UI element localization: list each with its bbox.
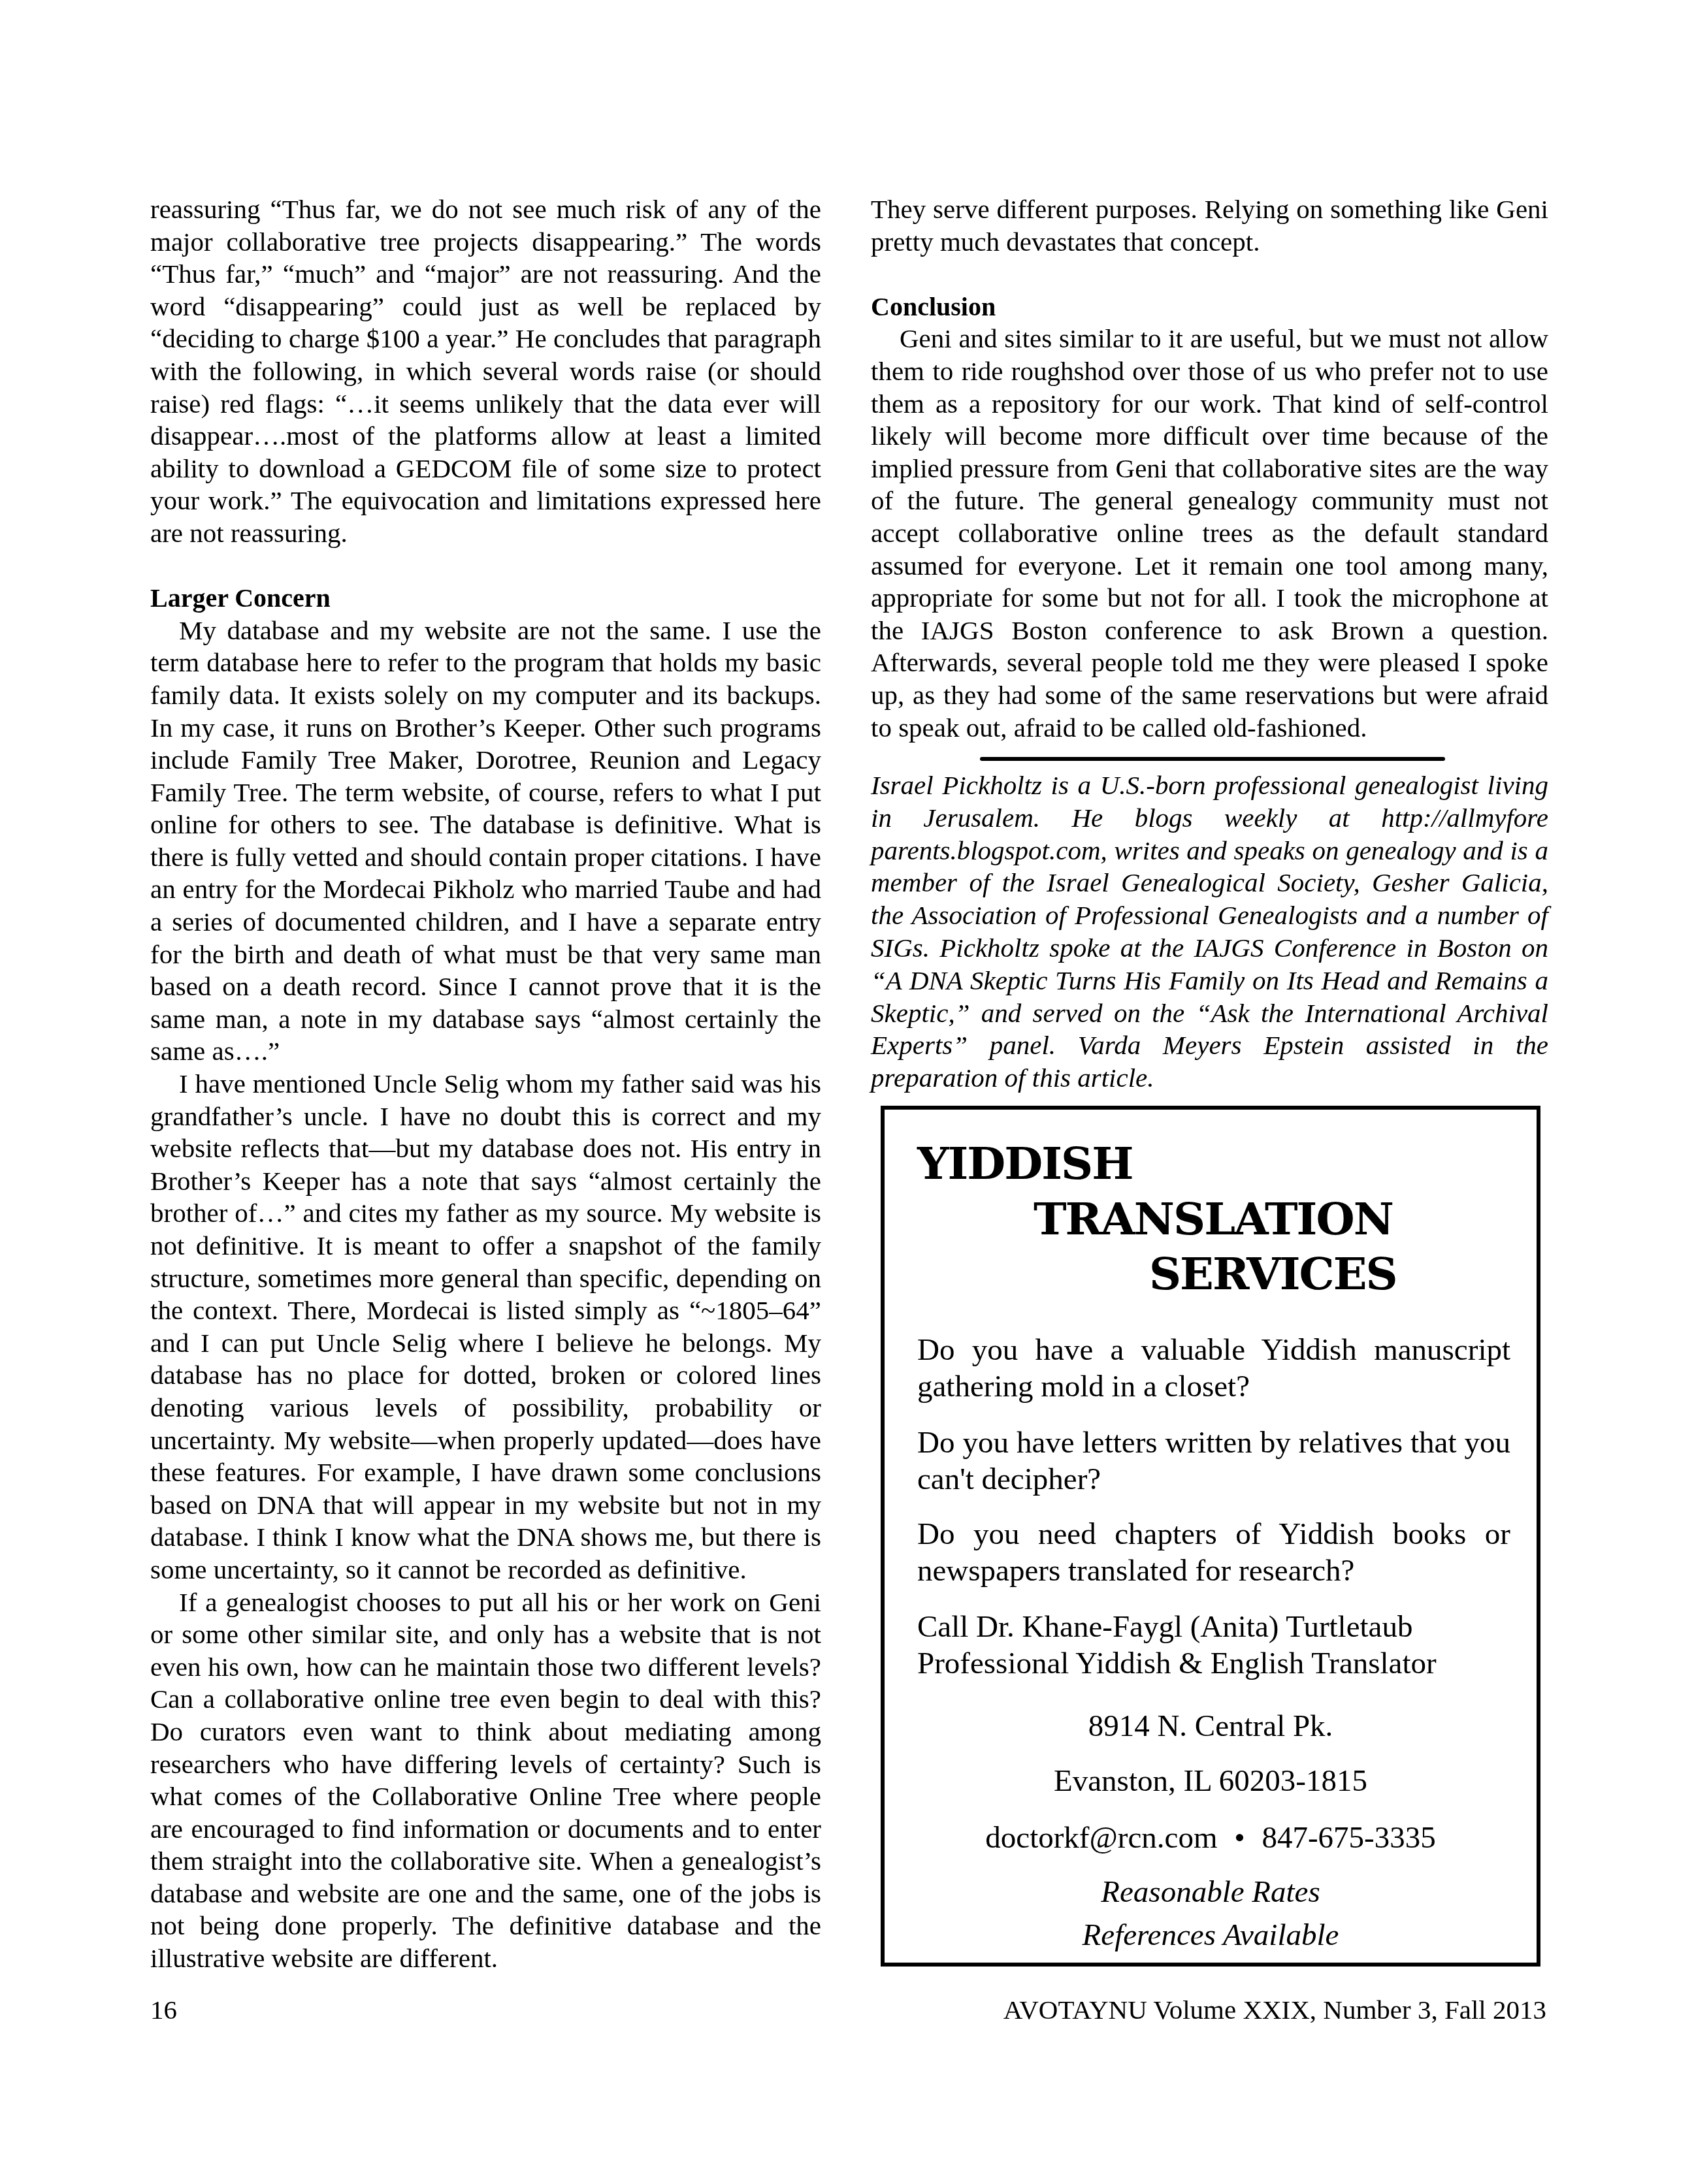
left-column: reassuring “Thus far, we do not see much… [150,193,821,1975]
bullet-separator-icon: • [1234,1820,1245,1856]
section-heading-conclusion: Conclusion [871,291,1548,323]
ad-title-line-3: SERVICES [1149,1248,1397,1300]
paragraph-gap [871,258,1548,291]
body-paragraph: My database and my website are not the s… [150,615,821,1068]
page-number: 16 [150,1993,177,2026]
running-footer: AVOTAYNU Volume XXIX, Number 3, Fall 201… [1003,1993,1546,2026]
ad-call-line-2: Professional Yiddish & English Translato… [917,1645,1510,1682]
author-bio-text: Israel Pickholtz is a U.S.-born professi… [871,769,1548,1095]
paragraph-gap [150,550,821,583]
ad-question-2: Do you have letters written by relatives… [917,1424,1510,1498]
body-paragraph: They serve different purposes. Relying o… [871,193,1548,258]
ad-title-line-2: TRANSLATION [1034,1193,1393,1245]
ad-call-line-1: Call Dr. Khane-Faygl (Anita) Turtletaub [917,1609,1510,1645]
body-paragraph: reassuring “Thus far, we do not see much… [150,193,821,550]
section-heading-larger-concern: Larger Concern [150,582,821,615]
ad-question-1: Do you have a valuable Yiddish manuscrip… [917,1332,1510,1405]
advertisement-box: YIDDISH TRANSLATION SERVICES Do you have… [881,1106,1540,1967]
ad-phone-number: 847-675-3335 [1262,1821,1435,1855]
ad-references: References Available [885,1917,1537,1953]
ad-question-3: Do you need chapters of Yiddish books or… [917,1516,1510,1589]
ad-rates: Reasonable Rates [885,1874,1537,1910]
right-column: They serve different purposes. Relying o… [871,193,1548,744]
ad-address-line-1: 8914 N. Central Pk. [885,1708,1537,1744]
ad-email-link[interactable]: doctorkf@rcn.com [985,1821,1217,1855]
body-paragraph: Geni and sites similar to it are useful,… [871,323,1548,744]
section-divider-rule [980,757,1445,761]
ad-address-line-2: Evanston, IL 60203-1815 [885,1763,1537,1799]
body-paragraph: I have mentioned Uncle Selig whom my fat… [150,1068,821,1586]
body-paragraph: If a genealogist chooses to put all his … [150,1586,821,1975]
ad-contact-line: doctorkf@rcn.com • 847-675-3335 [885,1820,1537,1856]
ad-contact-person: Call Dr. Khane-Faygl (Anita) Turtletaub … [917,1609,1510,1682]
author-bio: Israel Pickholtz is a U.S.-born professi… [871,769,1548,1095]
ad-title-line-1: YIDDISH [917,1138,1132,1190]
